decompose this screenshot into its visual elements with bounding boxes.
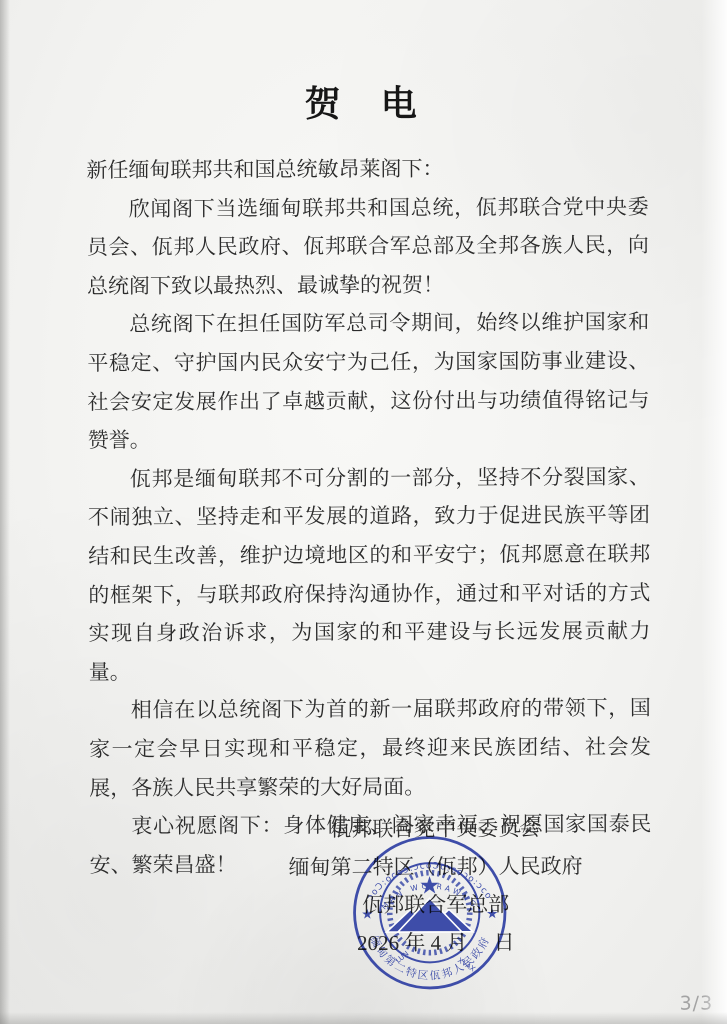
paragraph-4: 相信在以总统阁下为首的新一届联邦政府的带领下，国家一定会早日实现和平稳定，最终迎… bbox=[89, 689, 651, 807]
page-edge-right-highlight bbox=[701, 0, 727, 1024]
paragraph-3: 佤邦是缅甸联邦不可分割的一部分，坚持不分裂国家、不闹独立、坚持走和平发展的道路，… bbox=[88, 458, 651, 692]
seal-star-left-icon: ★ bbox=[361, 907, 373, 923]
seal-mountains-icon bbox=[386, 898, 473, 932]
paragraph-2: 总统阁下在担任国防军总司令期间，始终以维护国家和平稳定、守护国内民众安宁为己任，… bbox=[87, 303, 650, 460]
salutation: 新任缅甸联邦共和国总统敏昂莱阁下： bbox=[86, 149, 648, 190]
paragraph-1: 欣闻阁下当选缅甸联邦共和国总统，佤邦联合党中央委员会、佤邦人民政府、佤邦联合军总… bbox=[87, 187, 649, 305]
letter-content: 贺 电 新任缅甸联邦共和国总统敏昂莱阁下： 欣闻阁下当选缅甸联邦共和国总统，佤邦… bbox=[0, 0, 727, 1024]
scanned-letter-page: 贺 电 新任缅甸联邦共和国总统敏昂莱阁下： 欣闻阁下当选缅甸联邦共和国总统，佤邦… bbox=[0, 0, 727, 1024]
official-seal: ɔoƆ:ocoɔ:ɔcoƆo:coɔo:ɔco MAN WG RAWNG 缅甸第… bbox=[339, 832, 520, 993]
seal-center-star-icon: ★ bbox=[419, 871, 441, 899]
letter-title: 贺 电 bbox=[0, 74, 725, 128]
page-edge-left-shadow bbox=[0, 0, 10, 1024]
letter-body: 新任缅甸联邦共和国总统敏昂莱阁下： 欣闻阁下当选缅甸联邦共和国总统，佤邦联合党中… bbox=[86, 149, 651, 885]
seal-star-right-icon: ★ bbox=[486, 906, 498, 922]
page-edge-bottom-shadow bbox=[0, 1012, 727, 1024]
